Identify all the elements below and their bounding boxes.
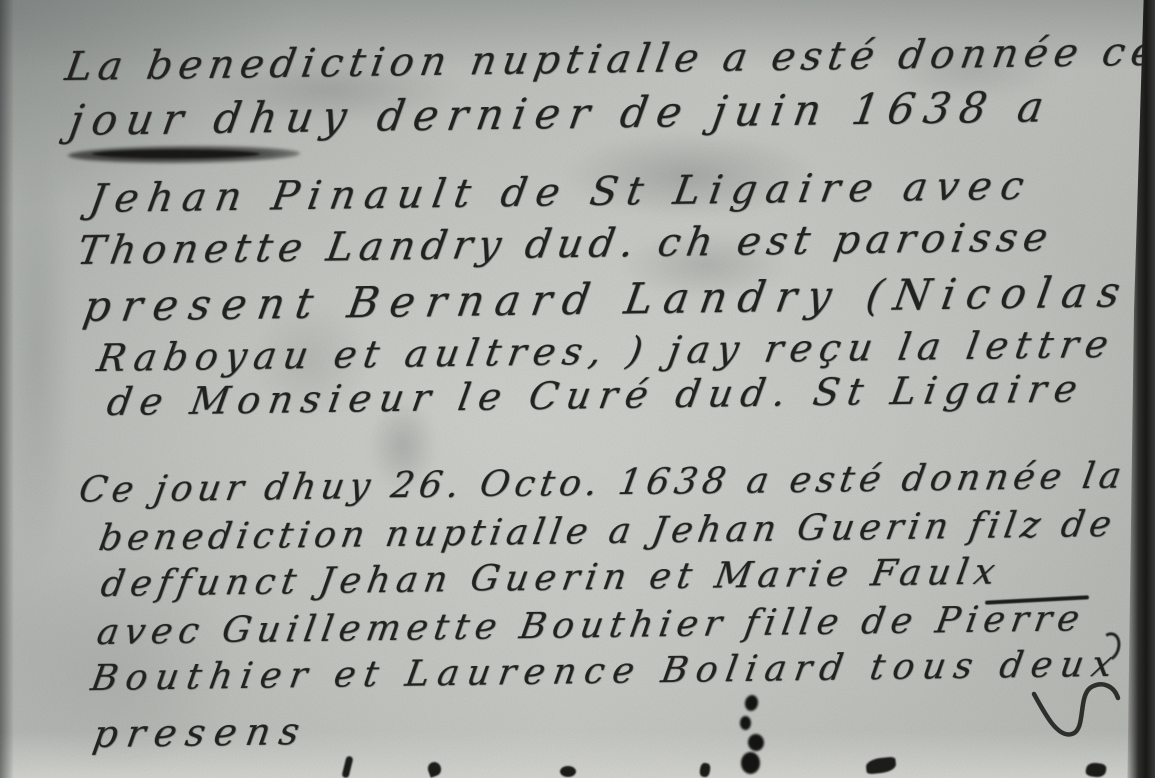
manuscript-line: avec Guillemette Bouthier fille de Pierr… [94,598,1088,653]
manuscript-line: present Bernard Landry (Nicolas [80,267,1135,331]
manuscript-line: Thonette Landry dud. ch est paroisse [74,214,1057,274]
ink-blot [743,694,759,712]
cutoff-line-fragment [1085,762,1107,778]
page-edge-shadow-right [1125,0,1155,778]
manuscript-line: presens [90,709,312,756]
manuscript-line: deffunct Jehan Guerin et Marie Faulx [98,551,1004,605]
ink-blot [741,752,760,774]
manuscript-line: Jehan Pinault de St Ligaire avec [86,163,1036,222]
cutoff-line-fragment [426,760,443,778]
page-gutter-shadow-left [0,0,14,778]
cutoff-line-fragment [865,756,896,774]
ink-smear [92,150,260,158]
ink-blot [740,716,751,730]
pen-flourish [1028,676,1123,750]
ink-blot [747,733,765,752]
manuscript-line: Ce jour dhuy 26. Octo. 1638 a esté donné… [76,455,1129,511]
manuscript-line: benediction nuptialle a Jehan Guerin fil… [96,504,1119,559]
manuscript-line: Bouthier et Laurence Boliard tous deux [88,644,1123,699]
cutoff-line-fragment [560,766,576,777]
cutoff-line-fragment [341,755,353,778]
cutoff-line-fragment [699,762,711,778]
manuscript-page: La benediction nuptialle a esté donnée c… [0,0,1155,778]
